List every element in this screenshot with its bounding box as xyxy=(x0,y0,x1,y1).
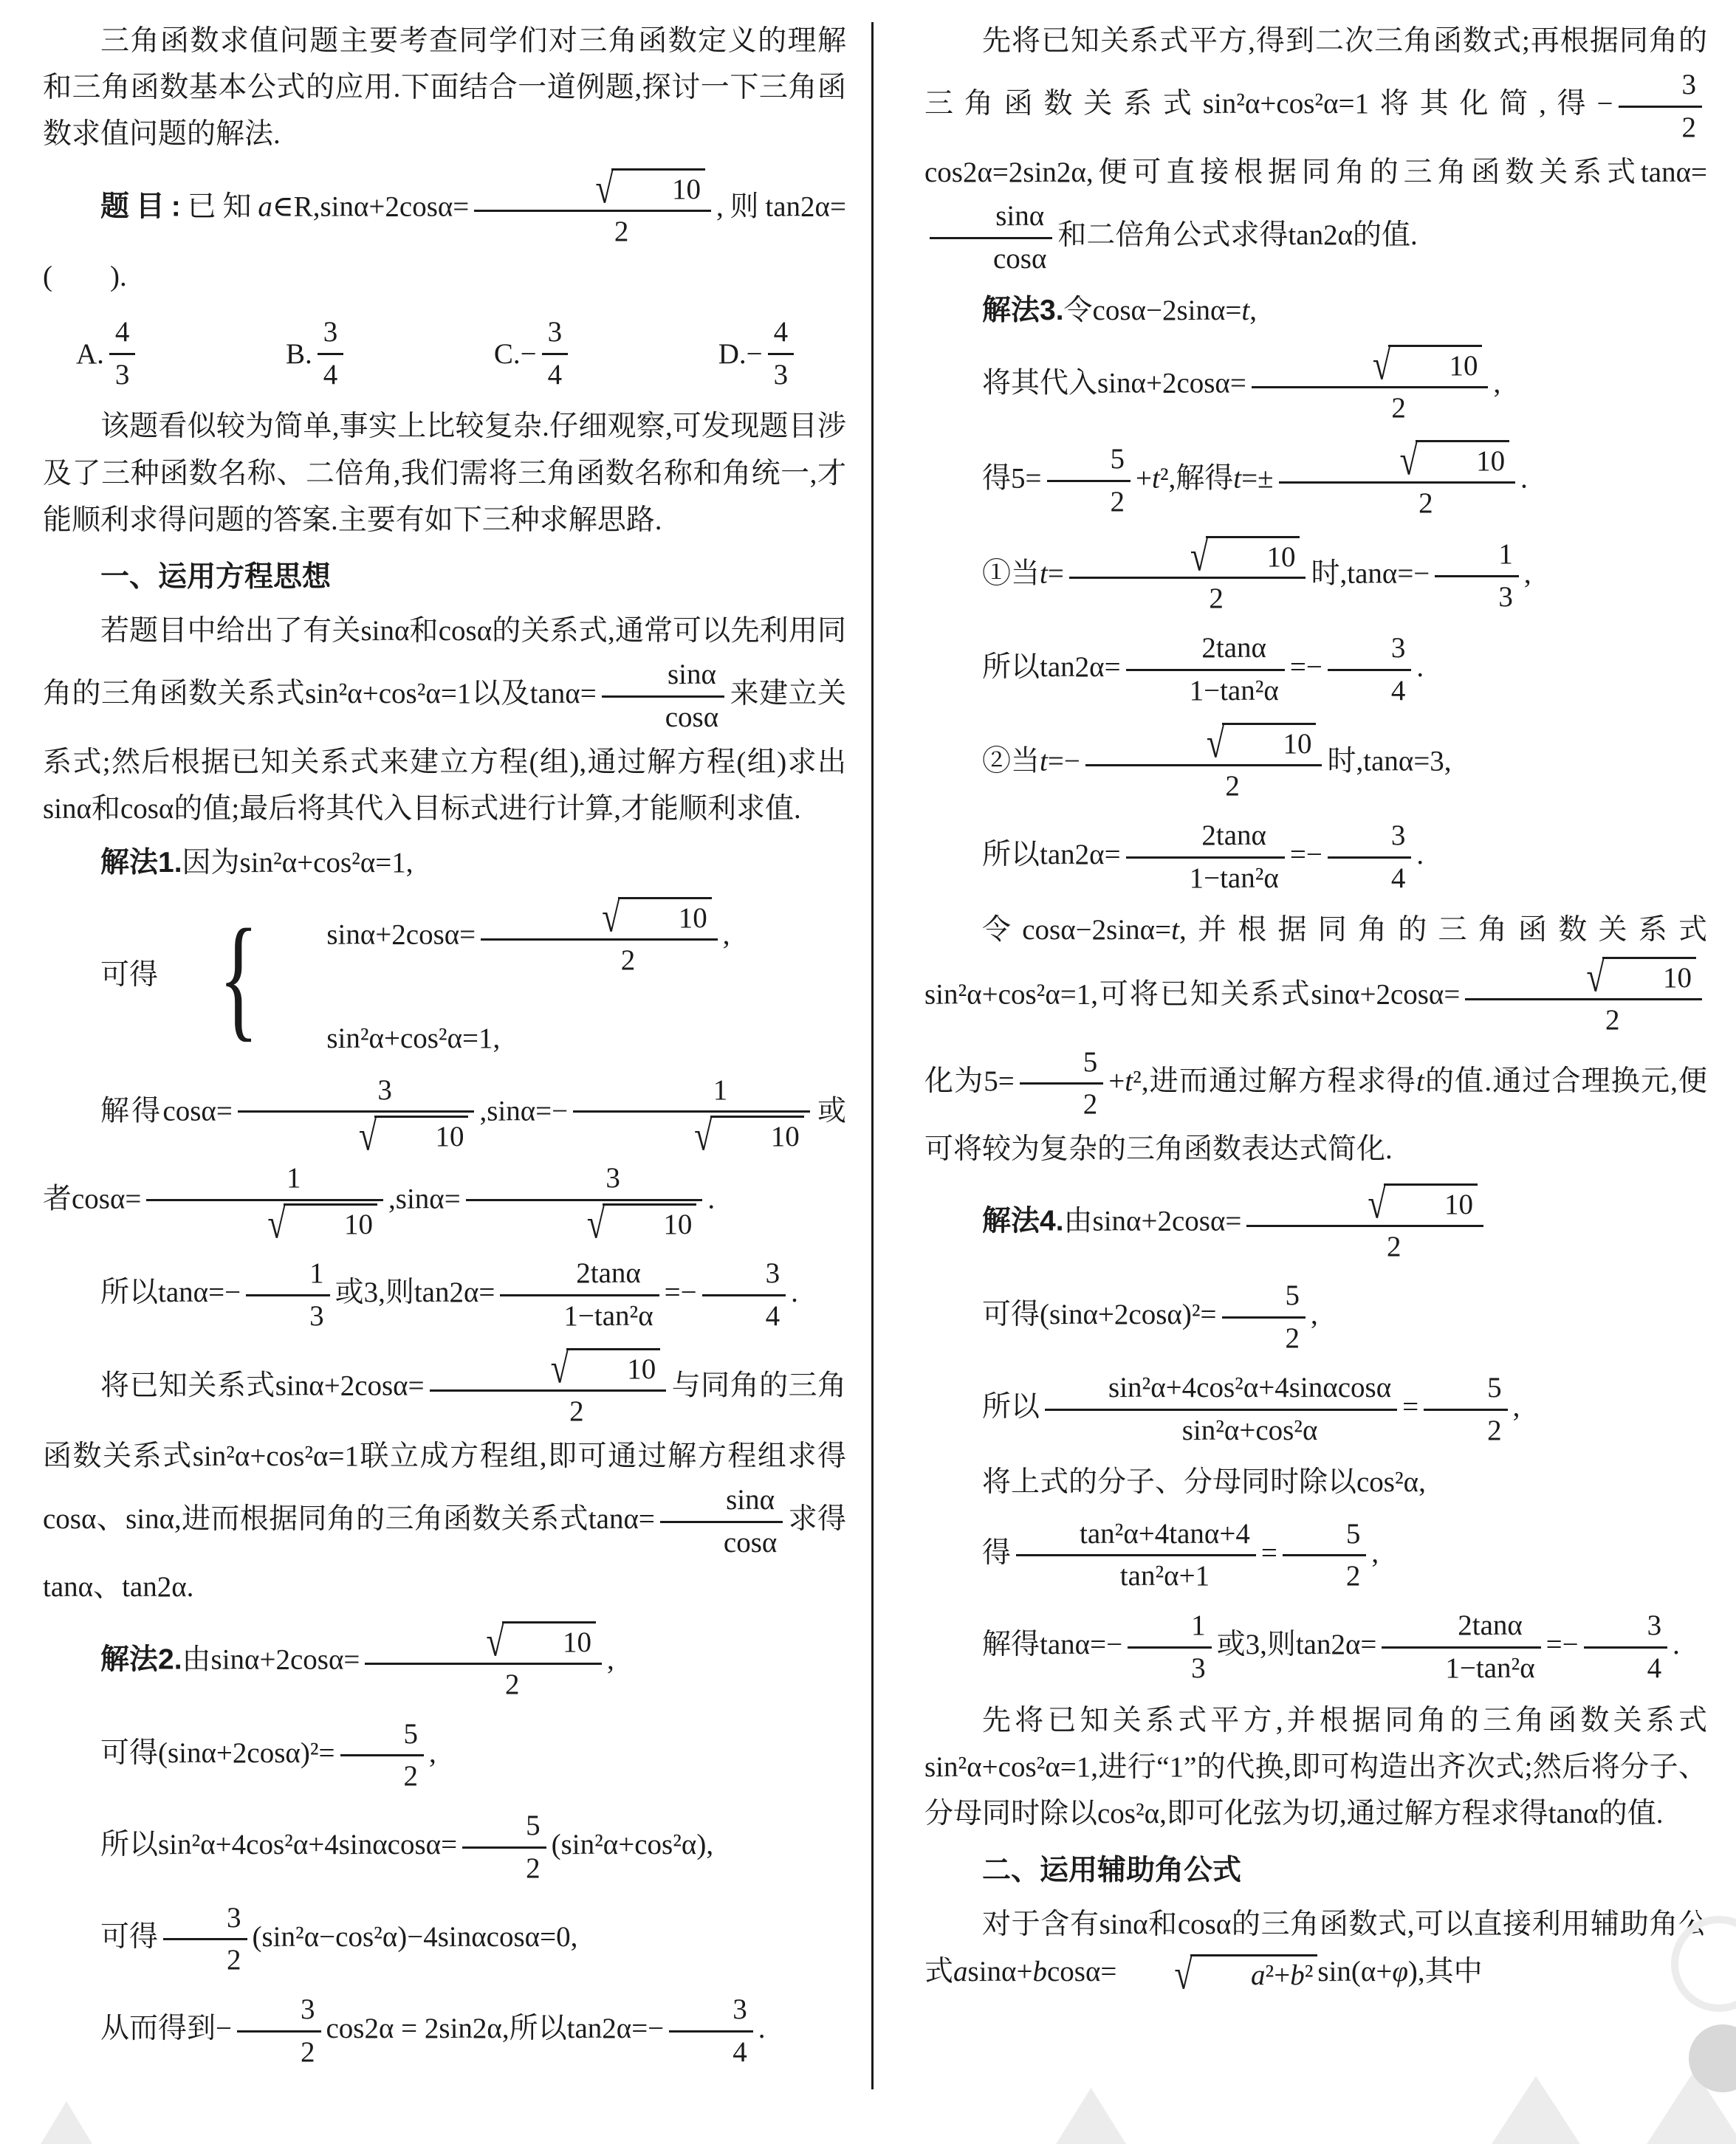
fraction-denominator: cosα xyxy=(602,698,724,736)
text-run: 化为5= xyxy=(924,1065,1015,1097)
fraction-denominator: 3 xyxy=(1128,1649,1212,1687)
math-fraction: 32 xyxy=(1619,67,1703,146)
fraction-denominator: 2 xyxy=(1222,1319,1306,1357)
paragraph: 若题目中给出了有关sinα和cosα的关系式,通常可以先利用同角的三角函数关系式… xyxy=(43,608,846,832)
radicand: 10 xyxy=(1222,723,1316,762)
text-run: 4 xyxy=(1391,862,1406,894)
fraction-numerator: sinα xyxy=(602,657,724,698)
paragraph: 得5=52+t²,解得t=±√102. xyxy=(924,437,1707,525)
text-run: 5 xyxy=(1111,443,1125,475)
fraction-denominator: cosα xyxy=(660,1523,783,1561)
left-column: 三角函数求值问题主要考查同学们对三角函数定义的理解和三角函数基本公式的应用.下面… xyxy=(43,10,846,2081)
system-rows: sinα+2cosα=√102,sin²α+cos²α=1, xyxy=(269,893,730,1062)
fraction-denominator: √10 xyxy=(146,1201,383,1243)
watermark-triangle-icon xyxy=(1647,2070,1736,2144)
text-run: , xyxy=(429,1737,436,1769)
fraction-numerator: 3 xyxy=(1584,1608,1668,1649)
right-column: 先将已知关系式平方,得到二次三角函数式;再根据同角的三角函数关系式sin²α+c… xyxy=(924,10,1707,2002)
section-heading: 一、运用方程思想 xyxy=(43,554,846,600)
fraction-numerator: √10 xyxy=(1069,535,1306,579)
sqrt-radical: √10 xyxy=(1133,536,1300,575)
math-fraction: 32 xyxy=(237,1992,321,2071)
text-run: 1 xyxy=(1498,538,1513,570)
text-run: cosα xyxy=(724,1527,777,1559)
fraction-denominator: 4 xyxy=(318,355,344,394)
document-page: 三角函数求值问题主要考查同学们对三角函数定义的理解和三角函数基本公式的应用.下面… xyxy=(0,0,1736,2144)
radicand: 10 xyxy=(611,168,705,207)
paragraph: 可得32(sin²α−cos²α)−4sinαcosα=0, xyxy=(43,1897,846,1982)
text-run: . xyxy=(791,1277,798,1308)
text-run: 2 xyxy=(505,1669,520,1700)
radicand: a²+b² xyxy=(1190,1954,1317,1993)
text-run: ②当 xyxy=(982,745,1040,777)
paragraph: 令cosα−2sinα=t,并根据同角的三角函数关系式sin²α+cos²α=1… xyxy=(924,907,1707,1172)
fraction-numerator: sinα xyxy=(930,199,1052,239)
math-fraction: 52 xyxy=(1424,1370,1508,1449)
radicand: 10 xyxy=(502,1621,596,1660)
radical-sign-icon: √ xyxy=(538,168,614,210)
sqrt-radical: √10 xyxy=(538,168,705,207)
math-fraction: √102 xyxy=(1252,345,1489,427)
text-run: 5 xyxy=(1487,1372,1502,1403)
radical-sign-icon: √ xyxy=(1342,439,1418,482)
fraction-numerator: √10 xyxy=(474,168,711,212)
radical-sign-icon: √ xyxy=(529,1203,605,1245)
text-run: 所以 xyxy=(982,1391,1040,1423)
fraction-denominator: 2 xyxy=(1246,1227,1483,1265)
text-run: 3 xyxy=(733,1993,747,2025)
fraction-denominator: 2 xyxy=(1085,766,1322,805)
fraction-denominator: 3 xyxy=(246,1296,330,1335)
text-run: (sin²α+cos²α), xyxy=(552,1829,713,1860)
paragraph: 将已知关系式sinα+2cosα=√102与同角的三角函数关系式sin²α+co… xyxy=(43,1344,846,1610)
text-run: sin²α+4cos²α+4sinαcosα xyxy=(1108,1372,1391,1403)
fraction-numerator: 1 xyxy=(1128,1608,1212,1649)
text-run: 10 xyxy=(563,1626,591,1658)
bold-label: 二、运用辅助角公式 xyxy=(982,1855,1241,1886)
text-run: 所以tan2α= xyxy=(982,651,1121,683)
bold-label: 解法1. xyxy=(100,847,182,879)
text-run: = xyxy=(1261,1537,1277,1569)
paragraph: 三角函数求值问题主要考查同学们对三角函数定义的理解和三角函数基本公式的应用.下面… xyxy=(43,18,846,158)
watermark-triangle-icon xyxy=(41,2101,92,2144)
math-fraction: 3√10 xyxy=(466,1161,703,1243)
text-run: 2tanα xyxy=(1201,820,1266,851)
text-run: 2 xyxy=(1346,1560,1361,1592)
text-run: 10 xyxy=(344,1209,373,1240)
radicand: 10 xyxy=(284,1203,377,1243)
text-run: 3 xyxy=(1191,1652,1206,1684)
sqrt-radical: √10 xyxy=(1342,440,1510,479)
text-run: 4 xyxy=(774,316,789,348)
sqrt-radical: √10 xyxy=(1310,1183,1478,1223)
text-run: 所以tan2α= xyxy=(982,839,1121,870)
fraction-denominator: sin²α+cos²α xyxy=(1045,1411,1397,1449)
fraction-denominator: 4 xyxy=(1328,859,1412,897)
text-run: 或3,则tan2α= xyxy=(1217,1629,1377,1660)
paragraph: 解得tanα=−13或3,则tan2α=2tanα1−tan²α=−34. xyxy=(924,1605,1707,1690)
text-run: tan²α+4tanα+4 xyxy=(1080,1518,1250,1550)
math-fraction: √102 xyxy=(1246,1183,1483,1265)
text-run: cos2α = 2sin2α,所以tan2α=− xyxy=(326,2013,665,2044)
text-run: 2tanα xyxy=(1201,632,1266,664)
fraction-denominator: 2 xyxy=(481,941,718,979)
paragraph: 该题看似较为简单,事实上比较复杂.仔细观察,可发现题目涉及了三种函数名称、二倍角… xyxy=(43,403,846,543)
math-fraction: 32 xyxy=(163,1900,247,1979)
text-run: 10 xyxy=(672,173,701,205)
text-run: 4 xyxy=(323,359,338,391)
fraction-denominator: 4 xyxy=(702,1296,786,1335)
radicand: 10 xyxy=(603,1203,696,1243)
sqrt-radical: √a²+b² xyxy=(1116,1954,1317,1993)
text-run: 5 xyxy=(404,1718,419,1750)
paragraph: 将上式的分子、分母同时除以cos²α, xyxy=(924,1459,1707,1505)
text-run: 2 xyxy=(569,1395,584,1427)
fraction-denominator: 4 xyxy=(669,2033,753,2071)
math-fraction: 34 xyxy=(1328,631,1412,709)
fraction-denominator: 3 xyxy=(1435,577,1519,616)
text-run: ² xyxy=(1305,1959,1314,1991)
text-run: 可得 xyxy=(100,1921,158,1953)
sqrt-radical: √10 xyxy=(1315,345,1483,384)
text-run: 可得 xyxy=(100,959,158,991)
fraction-denominator: 2 xyxy=(430,1392,667,1430)
text-run: 令cosα−2sinα= xyxy=(982,914,1171,946)
text-run: , xyxy=(1311,1299,1318,1331)
math-variable: t xyxy=(1171,914,1179,946)
math-fraction: 34 xyxy=(542,315,569,394)
text-run: 3 xyxy=(774,359,789,391)
radical-sign-icon: √ xyxy=(210,1203,286,1245)
text-run: sinα xyxy=(995,200,1044,232)
text-run: 2 xyxy=(614,216,629,247)
text-run: 5 xyxy=(1346,1518,1361,1550)
fraction-denominator: 2 xyxy=(365,1665,602,1703)
sqrt-radical: √10 xyxy=(1529,957,1696,996)
text-run: 3 xyxy=(605,1162,620,1194)
fraction-numerator: 2tanα xyxy=(500,1256,659,1296)
math-variable: t xyxy=(1233,462,1241,494)
math-fraction: 2tanα1−tan²α xyxy=(500,1256,659,1335)
text-run: 4 xyxy=(548,359,563,391)
text-run: =− xyxy=(1290,651,1322,683)
text-run: 2 xyxy=(1487,1415,1502,1446)
fraction-denominator: 2 xyxy=(462,1849,546,1887)
fraction-denominator: 2 xyxy=(1619,108,1703,146)
math-variable: t xyxy=(1040,557,1048,589)
text-run: =− xyxy=(1290,839,1322,870)
fraction-numerator: 3 xyxy=(542,315,569,355)
text-run: 3 xyxy=(1647,1609,1662,1641)
radicand: 10 xyxy=(710,1116,804,1155)
text-run: = xyxy=(1402,1391,1418,1423)
text-run: 2 xyxy=(1387,1231,1402,1262)
fraction-numerator: 5 xyxy=(1424,1370,1508,1411)
text-run: 1−tan²α xyxy=(1445,1652,1534,1684)
watermark-triangle-icon xyxy=(1492,2076,1580,2144)
math-fraction: 2tanα1−tan²α xyxy=(1126,818,1285,897)
radicand: 10 xyxy=(1206,536,1300,575)
text-run: 3 xyxy=(548,316,563,348)
radicand: 10 xyxy=(1388,345,1482,384)
fraction-denominator: 2 xyxy=(1465,1000,1702,1039)
fraction-numerator: tan²α+4tanα+4 xyxy=(1016,1516,1256,1557)
fraction-numerator: 4 xyxy=(768,315,795,355)
fraction-denominator: 2 xyxy=(1252,388,1489,427)
fraction-denominator: 2 xyxy=(1424,1411,1508,1449)
fraction-numerator: 3 xyxy=(1328,818,1412,859)
radical-sign-icon: √ xyxy=(493,1347,569,1390)
text-run: 因为sin²α+cos²α=1, xyxy=(182,847,414,879)
text-run: , xyxy=(1371,1537,1379,1569)
text-run: 解得cosα= xyxy=(100,1095,233,1127)
text-run: 令cosα−2sinα= xyxy=(1064,295,1242,326)
radical-sign-icon: √ xyxy=(1133,535,1209,577)
math-fraction: 52 xyxy=(462,1808,546,1887)
radical-sign-icon: √ xyxy=(301,1114,377,1157)
fraction-numerator: √10 xyxy=(481,896,718,940)
math-fraction: 52 xyxy=(1020,1045,1104,1124)
text-run: , xyxy=(723,919,730,951)
radical-sign-icon: √ xyxy=(1116,1954,1193,1996)
fraction-numerator: √10 xyxy=(1085,723,1322,766)
text-run: 1 xyxy=(287,1162,301,1194)
text-run: 10 xyxy=(1449,350,1478,382)
fraction-numerator: 5 xyxy=(1047,441,1131,482)
bold-label: 解法4. xyxy=(982,1206,1064,1237)
text-run: , xyxy=(1249,295,1257,326)
text-run: 3 xyxy=(115,359,130,391)
text-run: 2tanα xyxy=(1458,1609,1523,1641)
text-run: =− xyxy=(1546,1629,1579,1660)
text-run: , xyxy=(1513,1391,1520,1423)
text-run: ²,解得 xyxy=(1160,462,1233,494)
text-run: 将已知关系式sinα+2cosα= xyxy=(100,1370,425,1402)
text-run: 3 xyxy=(766,1257,780,1289)
math-variable: a xyxy=(953,1956,968,1987)
bold-label: 解法3. xyxy=(982,295,1064,326)
radicand: 10 xyxy=(1416,440,1509,479)
bold-label: 解法2. xyxy=(100,1643,182,1675)
math-fraction: √102 xyxy=(474,168,711,250)
math-variable: a xyxy=(258,190,272,222)
paragraph: 先将已知关系式平方,并根据同角的三角函数关系式sin²α+cos²α=1,进行“… xyxy=(924,1697,1707,1838)
text-run: 已知 xyxy=(181,190,258,222)
fraction-numerator: √10 xyxy=(1252,345,1489,388)
text-run: =− xyxy=(1048,745,1080,777)
text-run: sinα xyxy=(726,1484,775,1516)
fraction-denominator: 2 xyxy=(163,1940,247,1979)
text-run: 该题看似较为简单,事实上比较复杂.仔细观察,可发现题目涉及了三种函数名称、二倍角… xyxy=(43,410,846,535)
section-heading: 二、运用辅助角公式 xyxy=(924,1847,1707,1894)
text-run: 10 xyxy=(435,1121,464,1152)
text-run: 由sinα+2cosα= xyxy=(1064,1206,1242,1237)
fraction-denominator: 2 xyxy=(340,1756,425,1795)
text-run: 三角函数求值问题主要考查同学们对三角函数定义的理解和三角函数基本公式的应用.下面… xyxy=(43,25,846,150)
text-run: 2 xyxy=(1209,583,1224,614)
text-run: 3 xyxy=(323,316,338,348)
fraction-numerator: 3 xyxy=(466,1161,703,1201)
text-run: 10 xyxy=(771,1121,800,1152)
text-run: 3 xyxy=(377,1074,392,1106)
math-fraction: 43 xyxy=(109,315,136,394)
radicand: 10 xyxy=(566,1348,660,1387)
text-run: 1−tan²α xyxy=(1190,675,1279,707)
option-item: C.−34 xyxy=(494,312,573,396)
text-run: cosα= xyxy=(1047,1956,1116,1987)
fraction-numerator: sin²α+4cos²α+4sinαcosα xyxy=(1045,1370,1397,1411)
text-run: 10 xyxy=(663,1209,692,1240)
math-fraction: 34 xyxy=(669,1992,753,2071)
fraction-numerator: 3 xyxy=(669,1992,753,2033)
text-run: =± xyxy=(1241,462,1273,494)
bold-label: 一、运用方程思想 xyxy=(100,561,331,593)
math-fraction: 34 xyxy=(1328,818,1412,897)
text-run: . xyxy=(1416,839,1424,870)
math-fraction: 52 xyxy=(1283,1516,1367,1595)
paragraph: ②当t=−√102时,tanα=3, xyxy=(924,720,1707,808)
text-run: 10 xyxy=(1476,445,1505,477)
text-run: 可得(sinα+2cosα)²= xyxy=(982,1299,1217,1331)
math-variable: b xyxy=(1032,1956,1047,1987)
text-run: (sin²α−cos²α)−4sinαcosα=0, xyxy=(253,1921,578,1953)
fraction-denominator: √10 xyxy=(573,1113,810,1154)
text-run: 2 xyxy=(1418,487,1433,519)
radicand: 10 xyxy=(374,1116,468,1155)
paragraph: 解法2.由sinα+2cosα=√102, xyxy=(43,1618,846,1706)
math-variable: a xyxy=(1251,1959,1266,1991)
text-run: cosα xyxy=(665,701,718,733)
text-run: 2 xyxy=(621,944,636,976)
radical-sign-icon: √ xyxy=(1315,344,1391,387)
math-fraction: √102 xyxy=(1085,723,1322,805)
fraction-numerator: 3 xyxy=(1328,631,1412,671)
text-run: = xyxy=(1048,557,1064,589)
text-run: . xyxy=(758,2013,766,2044)
sqrt-radical: √10 xyxy=(637,1116,804,1155)
text-run: . xyxy=(1520,462,1528,494)
text-run: B. xyxy=(286,331,312,377)
sqrt-radical: √10 xyxy=(529,1203,697,1243)
text-run: 3 xyxy=(309,1300,324,1332)
fraction-denominator: 1−tan²α xyxy=(500,1296,659,1335)
text-run: cosα xyxy=(993,243,1046,275)
text-run: =− xyxy=(665,1277,697,1308)
math-fraction: 3√10 xyxy=(238,1073,475,1155)
fraction-numerator: √10 xyxy=(1246,1183,1483,1226)
math-fraction: 52 xyxy=(1047,441,1131,520)
text-run: . xyxy=(707,1183,715,1214)
text-run: D.− xyxy=(718,331,763,377)
text-run: . xyxy=(1416,651,1424,683)
radical-sign-icon: √ xyxy=(1149,722,1225,765)
text-run: 4 xyxy=(115,316,130,348)
fraction-numerator: 5 xyxy=(462,1808,546,1849)
text-run: ),其中 xyxy=(1408,1956,1483,1987)
text-run: 1 xyxy=(1191,1609,1206,1641)
text-run: 或3,则tan2α= xyxy=(335,1277,495,1308)
fraction-denominator: tan²α+1 xyxy=(1016,1556,1256,1595)
fraction-denominator: √10 xyxy=(466,1201,703,1243)
sqrt-radical: √10 xyxy=(544,897,712,936)
text-run: , xyxy=(607,1643,614,1675)
math-variable: φ xyxy=(1392,1956,1408,1987)
text-run: 4 xyxy=(766,1300,780,1332)
text-run: ∈R,sinα+2cosα= xyxy=(272,190,470,222)
text-run: 2tanα xyxy=(576,1257,641,1289)
math-variable: t xyxy=(1416,1065,1424,1097)
fraction-numerator: 3 xyxy=(1619,67,1703,108)
paragraph: 所以tan2α=2tanα1−tan²α=−34. xyxy=(924,815,1707,900)
paragraph: 所以tanα=−13或3,则tan2α=2tanα1−tan²α=−34. xyxy=(43,1253,846,1338)
paragraph: 所以sin²α+4cos²α+4sinαcosα=52(sin²α+cos²α)… xyxy=(43,1805,846,1890)
paragraph: ①当t=√102时,tanα=−13, xyxy=(924,532,1707,620)
text-run: sin(α+ xyxy=(1317,1956,1392,1987)
math-fraction: 34 xyxy=(1584,1608,1668,1687)
text-run: sinα xyxy=(668,659,716,690)
fraction-numerator: 1 xyxy=(246,1256,330,1296)
math-fraction: 52 xyxy=(340,1717,425,1796)
text-run: 1 xyxy=(309,1257,324,1289)
math-fraction: 13 xyxy=(246,1256,330,1335)
column-divider xyxy=(871,22,874,2089)
text-run: 10 xyxy=(1444,1189,1473,1220)
fraction-denominator: 2 xyxy=(1020,1085,1104,1123)
text-run: 1−tan²α xyxy=(1190,862,1279,894)
fraction-denominator: 2 xyxy=(474,212,711,250)
fraction-denominator: 2 xyxy=(1283,1556,1367,1595)
system-row: sin²α+cos²α=1, xyxy=(269,1015,730,1062)
fraction-denominator: 3 xyxy=(768,355,795,394)
option-item: B.34 xyxy=(286,312,349,396)
text-run: ①当 xyxy=(982,557,1040,589)
fraction-denominator: 3 xyxy=(109,355,136,394)
text-run: ²,进而通过解方程求得 xyxy=(1133,1065,1416,1097)
text-run: 3 xyxy=(1682,69,1697,100)
text-run: 先将已知关系式平方,并根据同角的三角函数关系式sin²α+cos²α=1,进行“… xyxy=(924,1705,1707,1829)
text-run: ²+ xyxy=(1266,1959,1291,1991)
fraction-numerator: 3 xyxy=(702,1256,786,1296)
fraction-denominator: 2 xyxy=(1047,482,1131,520)
math-fraction: 34 xyxy=(318,315,344,394)
fraction-numerator: 3 xyxy=(237,1992,321,2033)
text-run: 5 xyxy=(526,1810,541,1841)
options-row: A.43B.34C.−34D.−43 xyxy=(43,312,799,396)
text-run: cos2α=2sin2α,便可直接根据同角的三角函数关系式tanα= xyxy=(924,157,1707,188)
text-run: 3 xyxy=(1391,632,1406,664)
radical-sign-icon: √ xyxy=(1310,1182,1386,1225)
text-run: 1 xyxy=(713,1074,728,1106)
math-fraction: √102 xyxy=(1069,535,1306,617)
text-run: 5 xyxy=(1286,1279,1300,1311)
bold-label: 题目: xyxy=(100,190,181,222)
paragraph: 得tan²α+4tanα+4tan²α+1=52, xyxy=(924,1513,1707,1598)
text-run: sinα+2cosα= xyxy=(326,919,476,951)
fraction-numerator: 1 xyxy=(573,1073,810,1113)
text-run: 10 xyxy=(1663,962,1692,994)
equation-system: {sinα+2cosα=√102,sin²α+cos²α=1, xyxy=(161,893,730,1062)
math-fraction: sinαcosα xyxy=(930,199,1052,278)
fraction-denominator: 2 xyxy=(1279,484,1516,522)
fraction-denominator: 4 xyxy=(542,355,569,394)
math-fraction: 1√10 xyxy=(146,1161,383,1243)
fraction-denominator: 1−tan²α xyxy=(1126,859,1285,897)
fraction-denominator: √10 xyxy=(238,1113,475,1154)
sqrt-radical: √10 xyxy=(428,1621,596,1660)
fraction-denominator: cosα xyxy=(930,239,1052,278)
text-run: 10 xyxy=(679,902,707,934)
paragraph: 解法4.由sinα+2cosα=√102 xyxy=(924,1180,1707,1268)
